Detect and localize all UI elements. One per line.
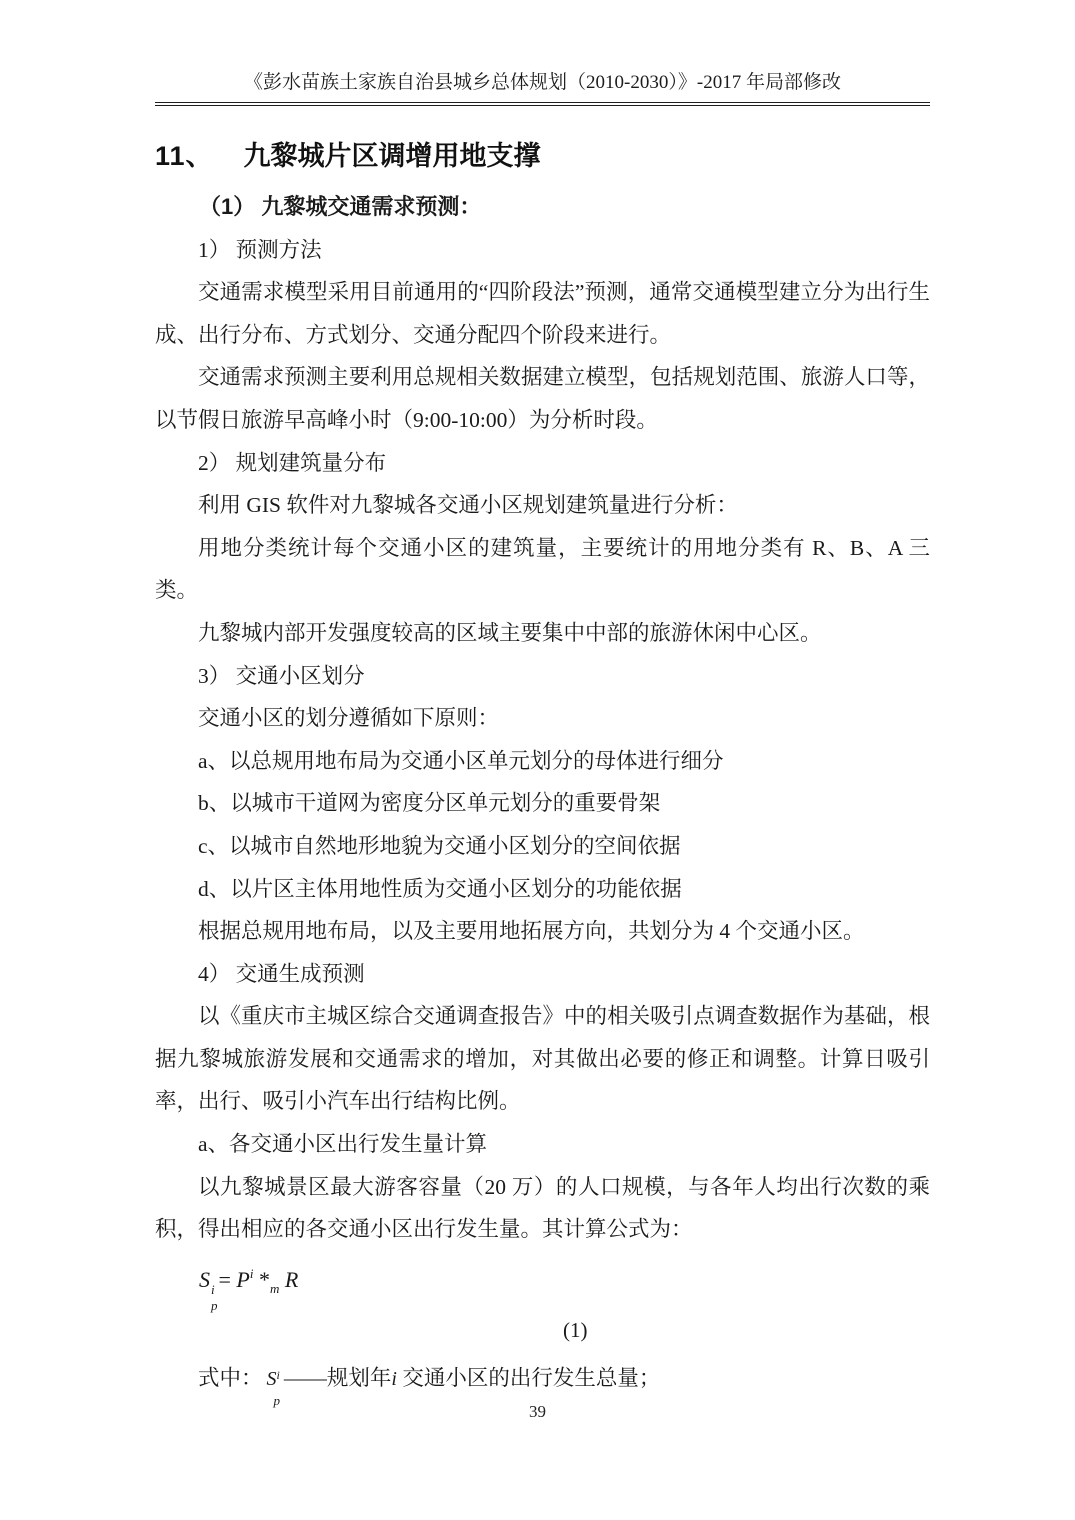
formula-operator: * bbox=[259, 1267, 270, 1292]
paragraph: 用地分类统计每个交通小区的建筑量，主要统计的用地分类有 R、B、A 三类。 bbox=[155, 527, 930, 612]
paragraph: a、各交通小区出行发生量计算 bbox=[155, 1123, 930, 1166]
paragraph: 以九黎城景区最大游客容量（20 万）的人口规模，与各年人均出行次数的乘积，得出相… bbox=[155, 1166, 930, 1251]
formula-lhs-base: S bbox=[199, 1267, 210, 1292]
formula-rhs-base: P bbox=[236, 1267, 249, 1292]
formula-rhs-factor: R bbox=[285, 1267, 298, 1292]
paragraph: 交通需求预测主要利用总规相关数据建立模型，包括规划范围、旅游人口等，以节假日旅游… bbox=[155, 356, 930, 441]
formula-lhs-sub: p bbox=[211, 1299, 218, 1312]
legend-symbol-sup: i bbox=[277, 1368, 280, 1382]
section-title: 11、九黎城片区调增用地支撑 bbox=[155, 138, 930, 174]
paragraph: 1） 预测方法 bbox=[155, 229, 930, 272]
legend-prefix: 式中： bbox=[198, 1366, 263, 1390]
sub-heading: （1） 九黎城交通需求预测： bbox=[155, 186, 930, 229]
paragraph: 九黎城内部开发强度较高的区域主要集中中部的旅游休闲中心区。 bbox=[155, 612, 930, 655]
formula-lhs-supsub: ip bbox=[211, 1283, 218, 1312]
formula-lhs-sup: i bbox=[211, 1283, 218, 1296]
legend-text-before: 规划年 bbox=[327, 1366, 392, 1390]
paragraph: 利用 GIS 软件对九黎城各交通小区规划建筑量进行分析： bbox=[155, 484, 930, 527]
page-footer: 39 bbox=[0, 1402, 1075, 1422]
paragraph: d、以片区主体用地性质为交通小区划分的功能依据 bbox=[155, 868, 930, 911]
legend-symbol-base: S bbox=[267, 1368, 277, 1390]
page-number: 39 bbox=[529, 1402, 546, 1421]
paragraph: 以《重庆市主城区综合交通调查报告》中的相关吸引点调查数据作为基础，根据九黎城旅游… bbox=[155, 995, 930, 1123]
text-blocks: （1） 九黎城交通需求预测：1） 预测方法交通需求模型采用目前通用的“四阶段法”… bbox=[155, 186, 930, 1251]
legend-text-after: 交通小区的出行发生总量； bbox=[397, 1366, 660, 1390]
formula-number: (1) bbox=[155, 1312, 930, 1348]
formula-legend: 式中：Sip——规划年i 交通小区的出行发生总量； bbox=[155, 1354, 930, 1407]
paragraph: 交通需求模型采用目前通用的“四阶段法”预测，通常交通模型建立分为出行生成、出行分… bbox=[155, 271, 930, 356]
formula-operator-sub: m bbox=[270, 1281, 279, 1296]
formula-rhs-sup: i bbox=[250, 1266, 254, 1281]
paragraph: b、以城市干道网为密度分区单元划分的重要骨架 bbox=[155, 782, 930, 825]
formula-equals: = bbox=[219, 1267, 231, 1292]
formula: Sip= Pi *m R bbox=[155, 1251, 930, 1312]
paragraph: c、以城市自然地形地貌为交通小区划分的空间依据 bbox=[155, 825, 930, 868]
paragraph: 3） 交通小区划分 bbox=[155, 655, 930, 698]
page-header: 《彭水苗族土家族自治县城乡总体规划（2010-2030）》-2017 年局部修改 bbox=[155, 70, 930, 96]
paragraph: a、以总规用地布局为交通小区单元划分的母体进行细分 bbox=[155, 740, 930, 783]
paragraph: 交通小区的划分遵循如下原则： bbox=[155, 697, 930, 740]
document-body: （1） 九黎城交通需求预测：1） 预测方法交通需求模型采用目前通用的“四阶段法”… bbox=[155, 186, 930, 1407]
paragraph: 4） 交通生成预测 bbox=[155, 953, 930, 996]
document-page: 《彭水苗族土家族自治县城乡总体规划（2010-2030）》-2017 年局部修改… bbox=[0, 0, 1075, 1520]
paragraph: 2） 规划建筑量分布 bbox=[155, 442, 930, 485]
legend-dash: —— bbox=[284, 1366, 327, 1390]
section-number: 11、 bbox=[155, 141, 214, 171]
header-title: 《彭水苗族土家族自治县城乡总体规划（2010-2030）》-2017 年局部修改 bbox=[244, 72, 841, 93]
paragraph: 根据总规用地布局，以及主要用地拓展方向，共划分为 4 个交通小区。 bbox=[155, 910, 930, 953]
header-rule bbox=[155, 102, 930, 106]
section-title-text: 九黎城片区调增用地支撑 bbox=[244, 141, 541, 171]
